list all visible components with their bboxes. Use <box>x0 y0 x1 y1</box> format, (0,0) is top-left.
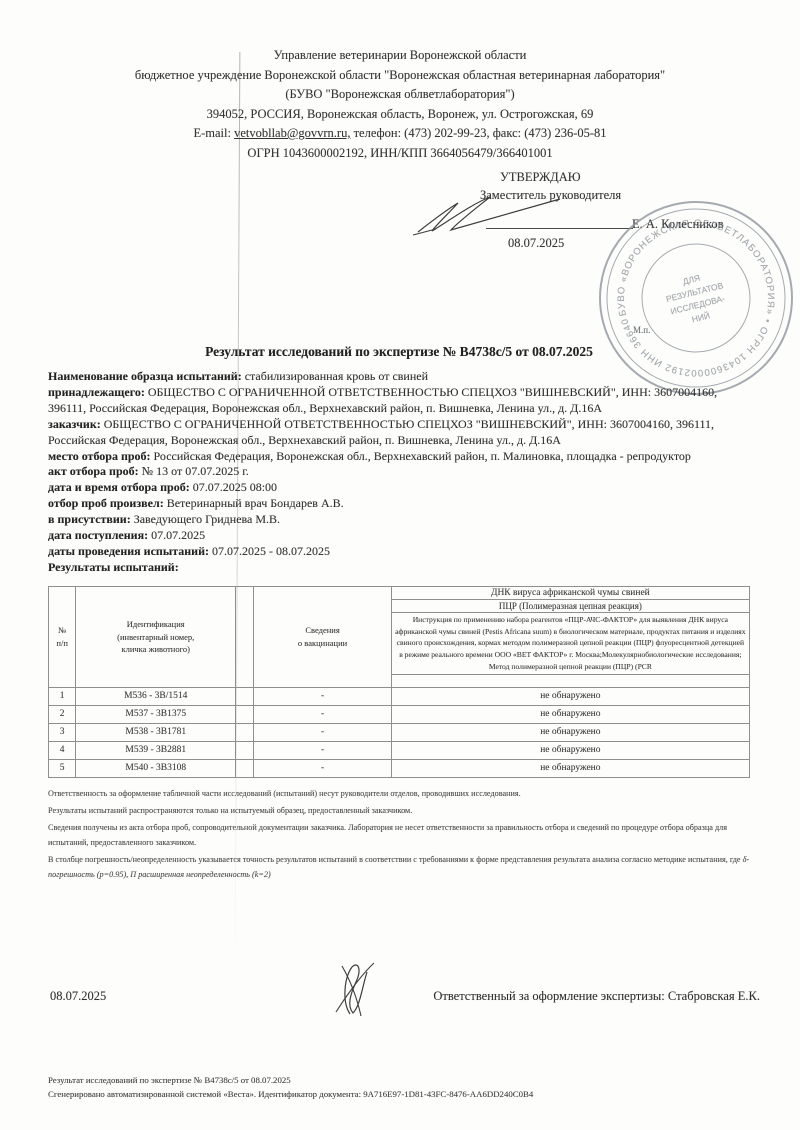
detail-row: принадлежащего: ОБЩЕСТВО С ОГРАНИЧЕННОЙ … <box>48 385 750 417</box>
org-ogrn-inn: ОГРН 1043600002192, ИНН/КПП 3664056479/3… <box>50 144 750 164</box>
detail-row: Наименование образца испытаний: стабилиз… <box>48 369 750 385</box>
footnote: Сведения получены из акта отбора проб, с… <box>48 820 750 850</box>
org-header: Управление ветеринарии Воронежской облас… <box>50 46 750 163</box>
detail-row: акт отбора проб: № 13 от 07.07.2025 г. <box>48 464 750 480</box>
footnotes: Ответственность за оформление табличной … <box>48 786 750 882</box>
phone-fax: телефон: (473) 202-99-23, факс: (473) 23… <box>354 126 607 140</box>
stamp-center-line3: ИССЛЕДОВА- <box>670 293 727 316</box>
detail-row: отбор проб произвел: Ветеринарный врач Б… <box>48 496 750 512</box>
results-table: № п/п Идентификация (инвентарный номер, … <box>48 586 750 778</box>
org-name-line1: Управление ветеринарии Воронежской облас… <box>50 46 750 66</box>
footer-generated-line: Сгенерировано автоматизированной системо… <box>48 1087 533 1101</box>
col-header-vaccination: Сведения о вакцинации <box>254 586 391 687</box>
approval-date: 08.07.2025 <box>508 234 564 252</box>
email-label: E-mail: <box>193 126 231 140</box>
table-row: 2 М537 - 3В1375 - не обнаружено <box>49 705 750 723</box>
table-row: 1 М536 - 3В/1514 - не обнаружено <box>49 687 750 705</box>
col-header-method: Инструкция по применению набора реагенто… <box>391 612 749 674</box>
approver-name: Е. А. Колесников <box>632 215 724 233</box>
table-row: 5 М540 - 3В3108 - не обнаружено <box>49 759 750 777</box>
stamp-center-line1: ДЛЯ <box>682 273 701 287</box>
col-header-dna-group: ДНК вируса африканской чумы свиней <box>391 586 749 599</box>
stamp-center-line4: НИЙ <box>690 309 710 324</box>
detail-row: дата поступления: 07.07.2025 <box>48 528 750 544</box>
footnote: Ответственность за оформление табличной … <box>48 786 750 801</box>
footnote: В столбце погрешность/неопределенность у… <box>48 852 750 882</box>
table-row: 3 М538 - 3В1781 - не обнаружено <box>49 723 750 741</box>
col-header-pcr: ПЦР (Полимеразная цепная реакция) <box>391 599 749 612</box>
approver-signature <box>410 192 570 238</box>
sample-details: Наименование образца испытаний: стабилиз… <box>48 369 750 576</box>
footer-expertise-line: Результат исследований по экспертизе № В… <box>48 1073 533 1087</box>
col-header-spacer <box>236 586 254 687</box>
stamp-center-line2: РЕЗУЛЬТАТОВ <box>665 280 725 304</box>
detail-row: место отбора проб: Российская Федерация,… <box>48 449 750 465</box>
detail-row: дата и время отбора проб: 07.07.2025 08:… <box>48 480 750 496</box>
approval-block: УТВЕРЖДАЮ Заместитель руководителя Е. А.… <box>480 168 780 204</box>
page-title: Результат исследований по экспертизе № В… <box>48 344 750 360</box>
detail-row: даты проведения испытаний: 07.07.2025 - … <box>48 544 750 560</box>
main-content: Результат исследований по экспертизе № В… <box>48 344 750 884</box>
org-contacts: E-mail: vetvobllab@govvrn.ru, телефон: (… <box>50 124 750 144</box>
footnote: Результаты испытаний распространяются то… <box>48 803 750 818</box>
results-label: Результаты испытаний: <box>48 560 750 576</box>
responsible-label: Ответственный за оформление экспертизы: … <box>433 989 760 1004</box>
table-row: 4 М539 - 3В2881 - не обнаружено <box>49 741 750 759</box>
col-header-empty <box>391 674 749 687</box>
email-link[interactable]: vetvobllab@govvrn.ru, <box>234 126 350 140</box>
signature-line <box>486 228 633 229</box>
document-footer: Результат исследований по экспертизе № В… <box>48 1073 533 1101</box>
org-name-line2: бюджетное учреждение Воронежской области… <box>50 66 750 86</box>
approve-label: УТВЕРЖДАЮ <box>500 168 780 186</box>
table-header-row: № п/п Идентификация (инвентарный номер, … <box>49 586 750 599</box>
detail-row: заказчик: ОБЩЕСТВО С ОГРАНИЧЕННОЙ ОТВЕТС… <box>48 417 750 449</box>
col-header-num: № п/п <box>49 586 76 687</box>
org-address: 394052, РОССИЯ, Воронежская область, Вор… <box>50 105 750 125</box>
col-header-id: Идентификация (инвентарный номер, кличка… <box>76 586 236 687</box>
detail-row: в присутствии: Заведующего Гриднева М.В. <box>48 512 750 528</box>
responsible-signature <box>322 960 384 1020</box>
signoff-date: 08.07.2025 <box>50 989 106 1004</box>
stamp-place-mark: М.п. <box>633 325 650 335</box>
org-name-line3: (БУВО "Воронежская облветлаборатория") <box>50 85 750 105</box>
